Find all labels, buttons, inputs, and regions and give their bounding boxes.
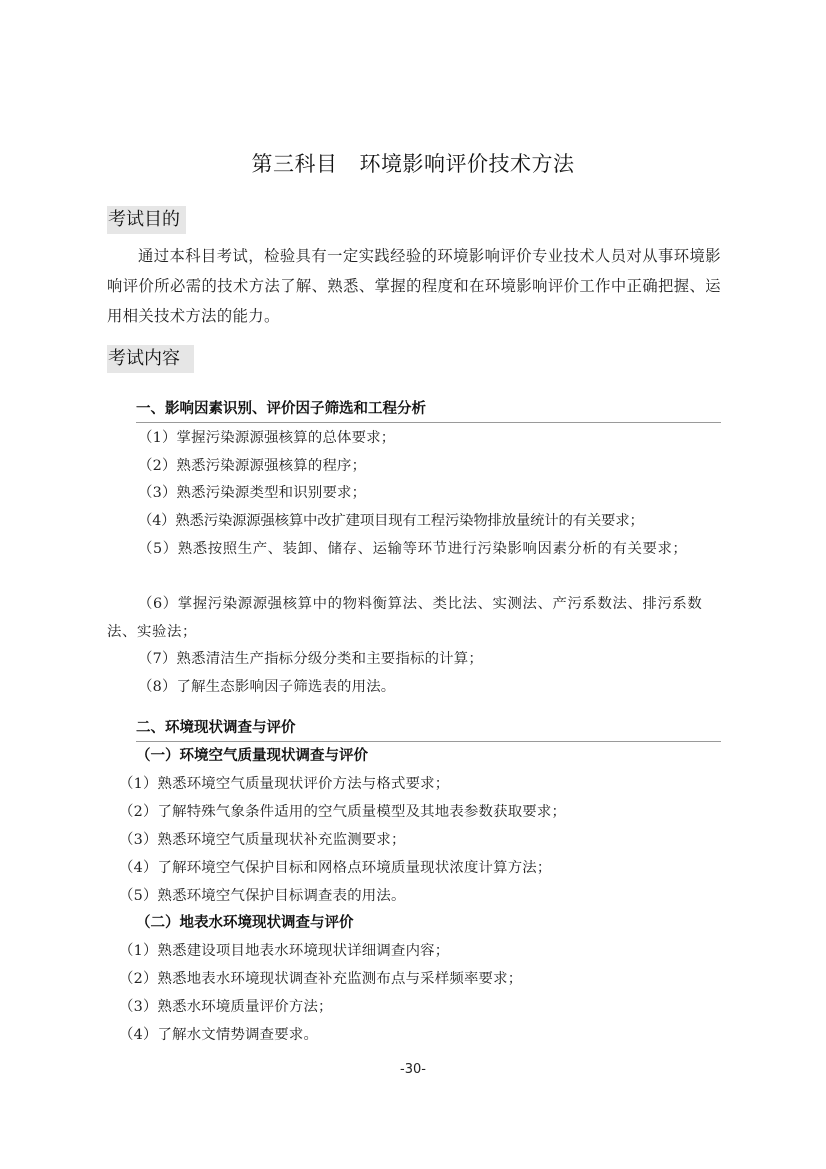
list-item: （3）熟悉水环境质量评价方法；	[107, 994, 721, 1022]
subsection-heading-air: （一）环境空气质量现状调查与评价	[136, 745, 368, 767]
section-heading-1: 一、影响因素识别、评价因子筛选和工程分析	[136, 398, 721, 423]
list-item: （2）了解特殊气象条件适用的空气质量模型及其地表参数获取要求；	[107, 799, 721, 827]
title-subject-name: 环境影响评价技术方法	[360, 152, 575, 176]
list-item: （1）熟悉建设项目地表水环境现状详细调查内容；	[107, 938, 721, 966]
list-item: （4）熟悉污染源源强核算中改扩建项目现有工程污染物排放量统计的有关要求；	[107, 508, 721, 536]
page-number: -30-	[0, 1062, 826, 1077]
list-item: （7）熟悉清洁生产指标分级分类和主要指标的计算；	[107, 646, 721, 674]
heading-exam-purpose: 考试目的	[107, 206, 186, 234]
list-item: （2）熟悉污染源源强核算的程序；	[107, 453, 721, 481]
list-item: （2）熟悉地表水环境现状调查补充监测布点与采样频率要求；	[107, 966, 721, 994]
list-item: （4）了解水文情势调查要求。	[107, 1022, 721, 1050]
list-item: （5）熟悉环境空气保护目标调查表的用法。	[107, 883, 721, 911]
list-item: （1）掌握污染源源强核算的总体要求；	[107, 425, 721, 453]
list-item: （1）熟悉环境空气质量现状评价方法与格式要求；	[107, 771, 721, 799]
subsection-heading-surface-water: （二）地表水环境现状调查与评价	[136, 912, 354, 934]
title-subject-number: 第三科目	[252, 152, 338, 176]
exam-purpose-paragraph: 通过本科目考试，检验具有一定实践经验的环境影响评价专业技术人员对从事环境影响评价…	[107, 241, 721, 331]
document-page: 第三科目环境影响评价技术方法 考试目的 通过本科目考试，检验具有一定实践经验的环…	[0, 0, 826, 1169]
list-item: （3）熟悉污染源类型和识别要求；	[107, 480, 721, 508]
list-item: （5）熟悉按照生产、装卸、储存、运输等环节进行污染影响因素分析的有关要求；	[107, 536, 721, 564]
page-title: 第三科目环境影响评价技术方法	[0, 148, 826, 178]
section-heading-2: 二、环境现状调查与评价	[136, 717, 721, 742]
list-item: （3）熟悉环境空气质量现状补充监测要求；	[107, 827, 721, 855]
list-item: （8）了解生态影响因子筛选表的用法。	[107, 674, 721, 702]
list-item: （6）掌握污染源源强核算中的物料衡算法、类比法、实测法、产污系数法、排污系数法、…	[107, 591, 721, 646]
list-item: （4）了解环境空气保护目标和网格点环境质量现状浓度计算方法；	[107, 855, 721, 883]
heading-exam-content: 考试内容	[107, 345, 194, 373]
